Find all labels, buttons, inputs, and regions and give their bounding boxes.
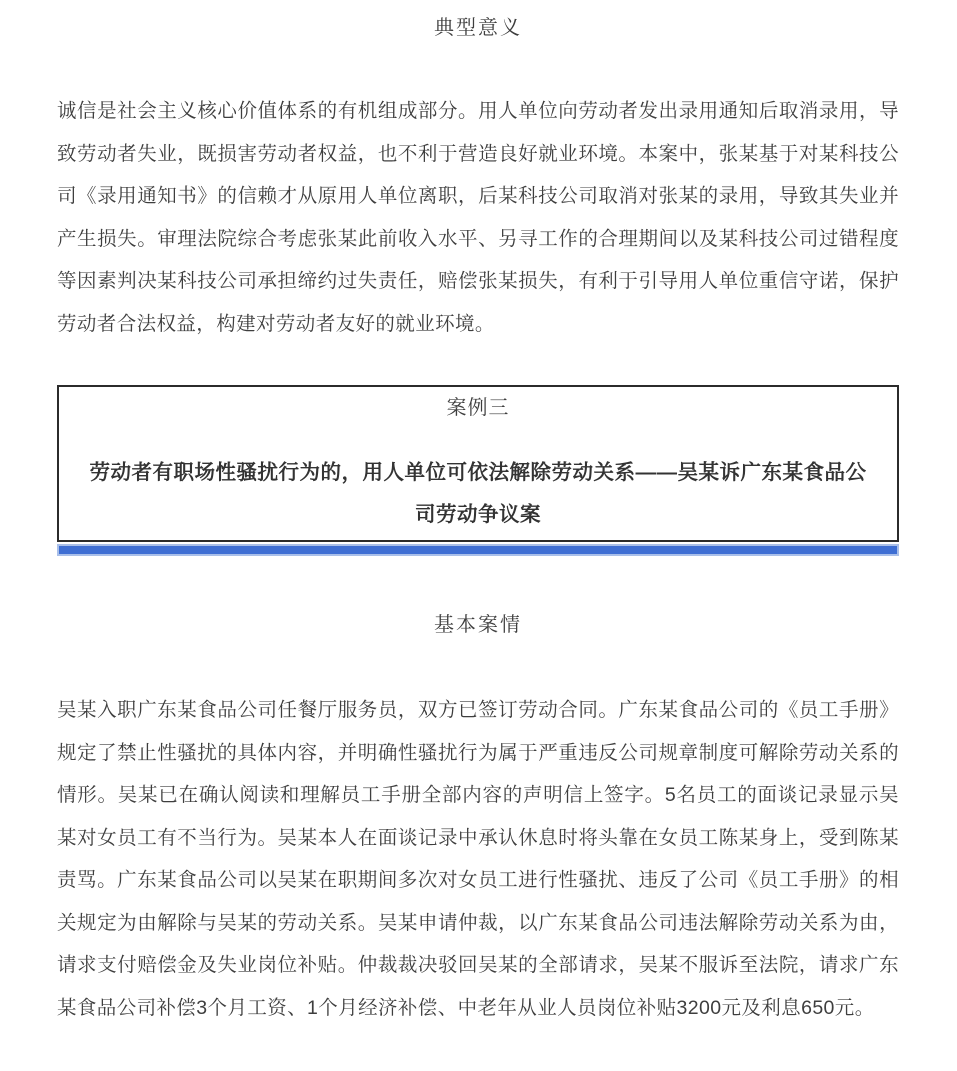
case-number-label: 案例三: [85, 393, 871, 423]
typical-significance-paragraph: 诚信是社会主义核心价值体系的有机组成部分。用人单位向劳动者发出录用通知后取消录用…: [57, 90, 899, 345]
typical-significance-heading: 典型意义: [57, 17, 899, 40]
case-title: 劳动者有职场性骚扰行为的，用人单位可依法解除劳动关系——吴某诉广东某食品公司劳动…: [85, 452, 871, 536]
article-page: 典型意义 诚信是社会主义核心价值体系的有机组成部分。用人单位向劳动者发出录用通知…: [0, 17, 957, 1029]
blue-divider: [57, 544, 899, 556]
case-box: 案例三 劳动者有职场性骚扰行为的，用人单位可依法解除劳动关系——吴某诉广东某食品…: [57, 385, 899, 542]
basic-facts-paragraph: 吴某入职广东某食品公司任餐厅服务员，双方已签订劳动合同。广东某食品公司的《员工手…: [57, 689, 899, 1029]
basic-facts-heading: 基本案情: [57, 614, 899, 637]
